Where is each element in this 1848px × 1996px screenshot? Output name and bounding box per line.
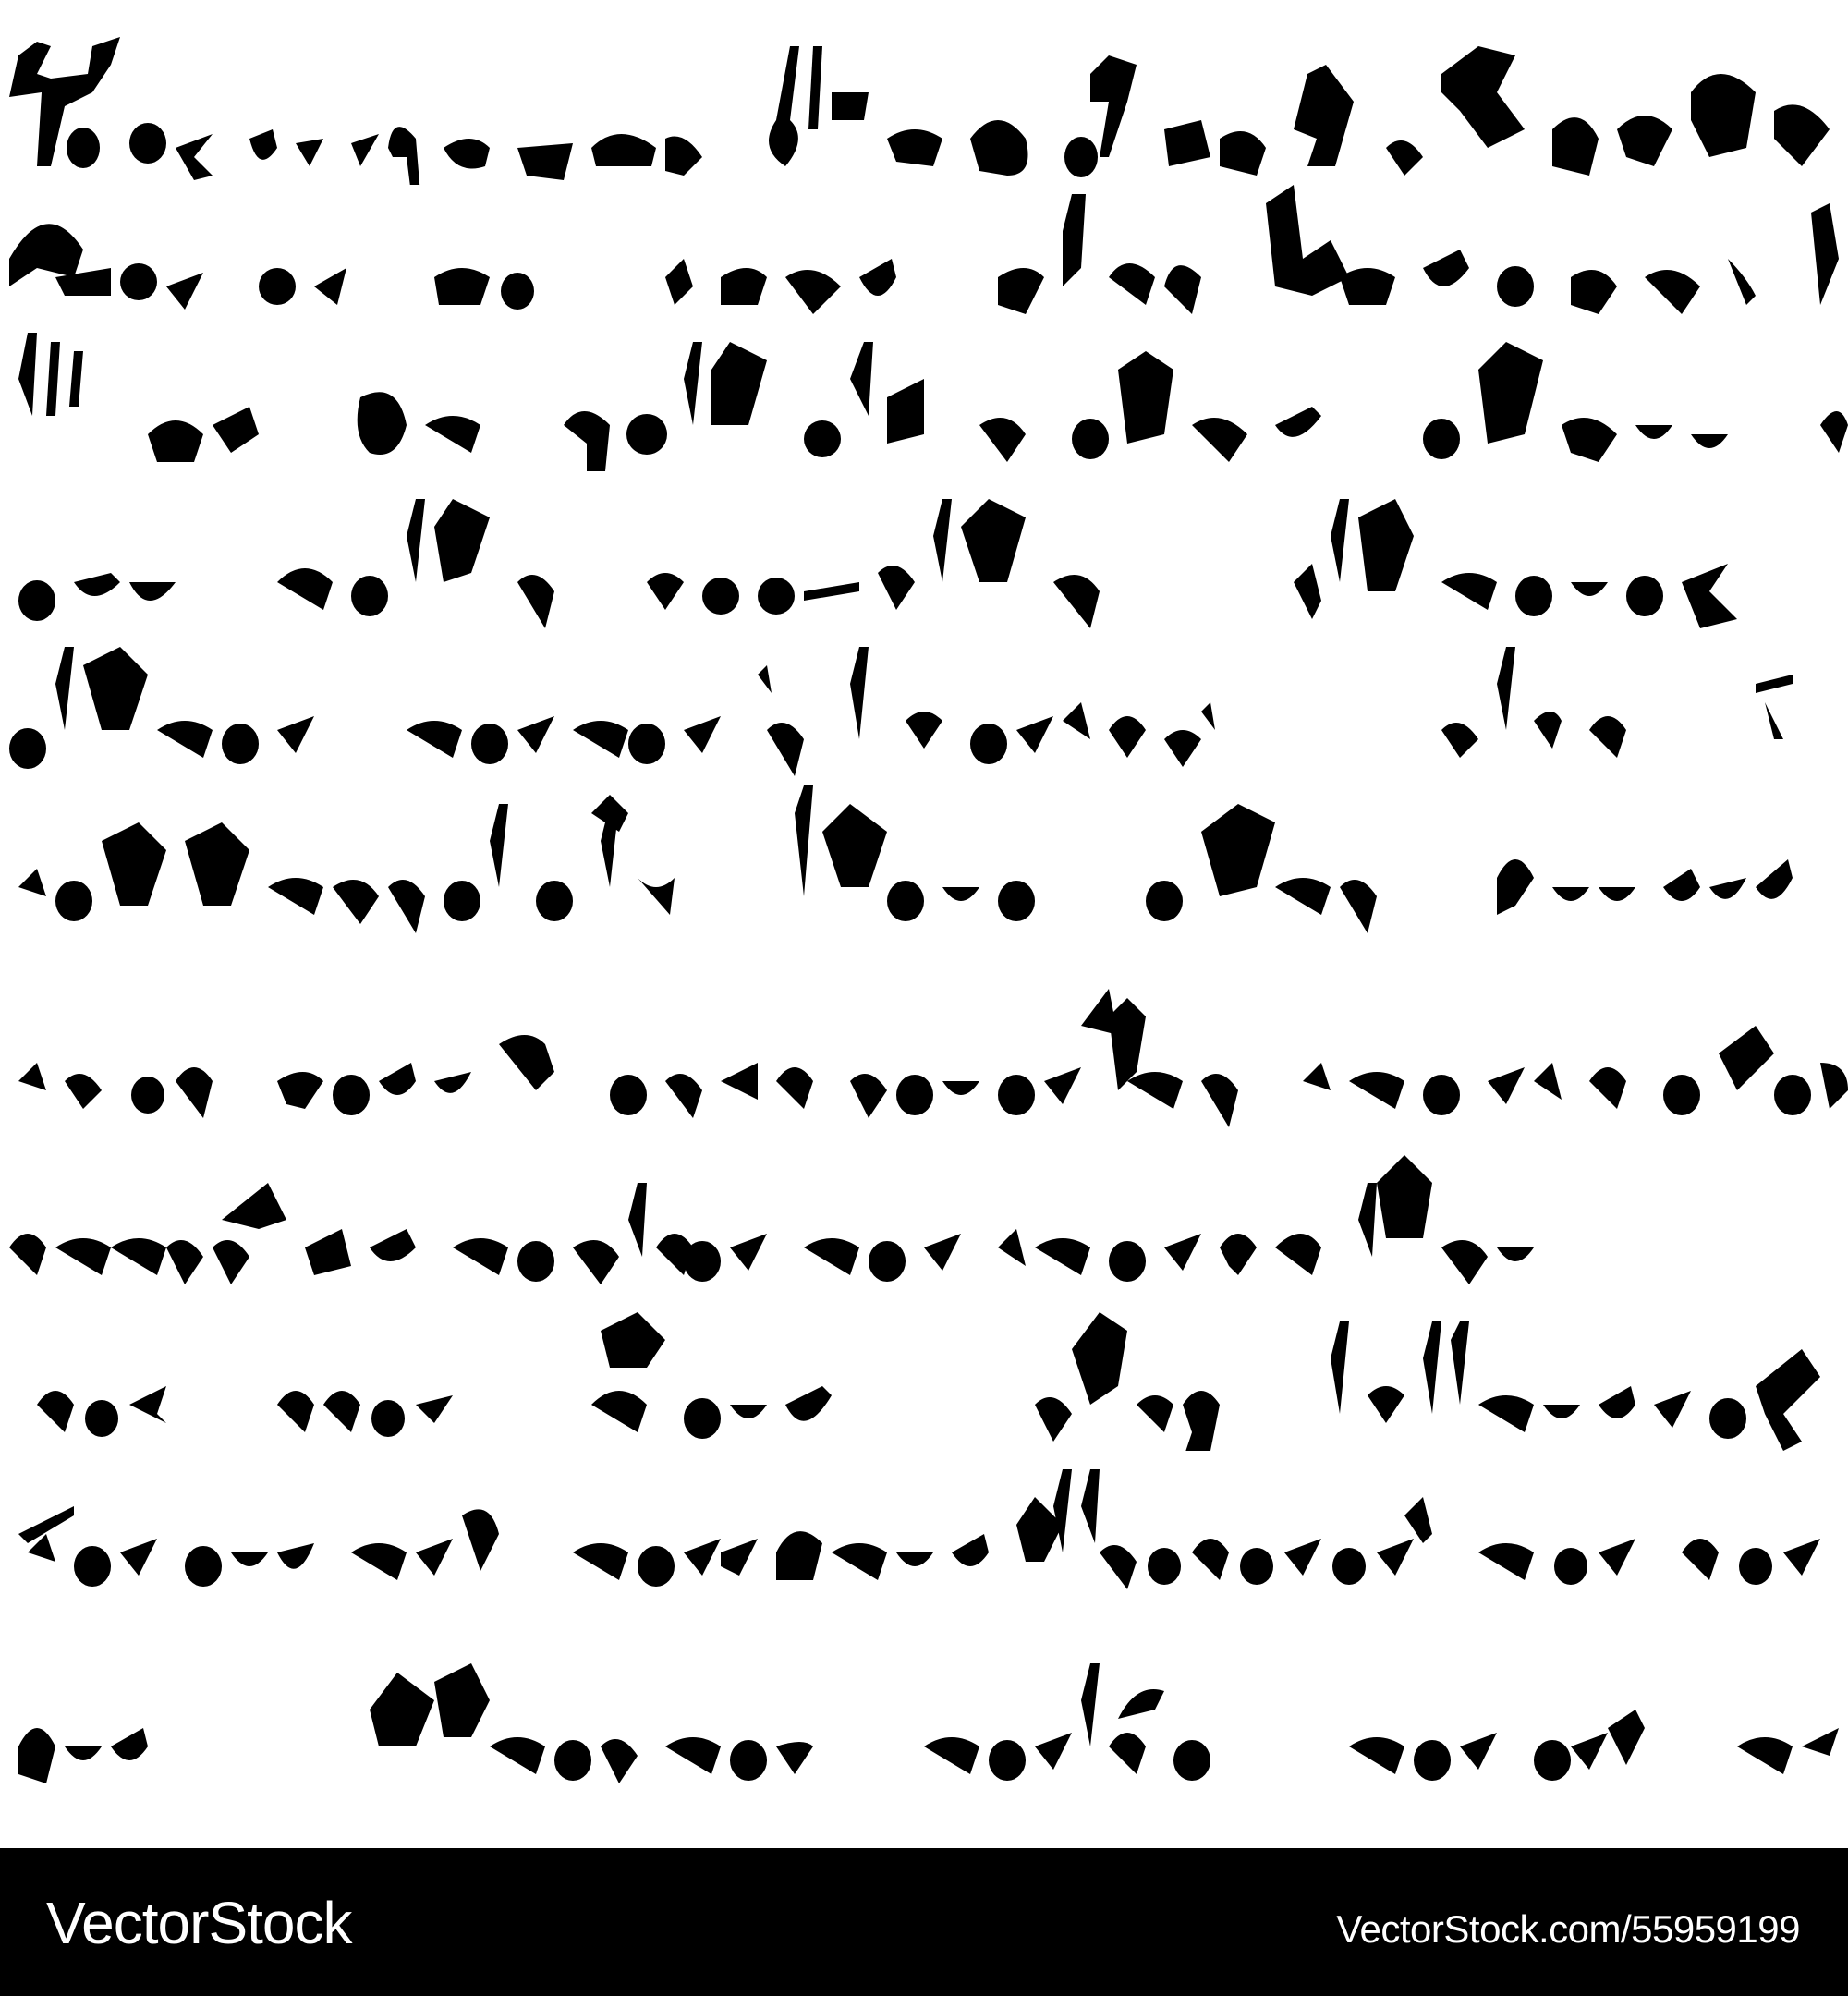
glyph-line [0, 481, 1848, 628]
script-pattern [0, 0, 1848, 1848]
glyph-line [0, 323, 1848, 471]
glyph-line [0, 1451, 1848, 1599]
glyph-line [0, 37, 1848, 185]
glyph-line [0, 176, 1848, 323]
image-url: VectorStock.com/55959199 [1336, 1907, 1800, 1952]
glyph-line [0, 1303, 1848, 1451]
glyph-line [0, 628, 1848, 776]
glyph-line [0, 980, 1848, 1127]
glyph-line [0, 785, 1848, 933]
brand-logo: VectorStock [46, 1889, 352, 1957]
glyph-line [0, 1146, 1848, 1294]
watermark-footer: VectorStock VectorStock.com/55959199 [0, 1848, 1848, 1996]
glyph-line [0, 1645, 1848, 1793]
